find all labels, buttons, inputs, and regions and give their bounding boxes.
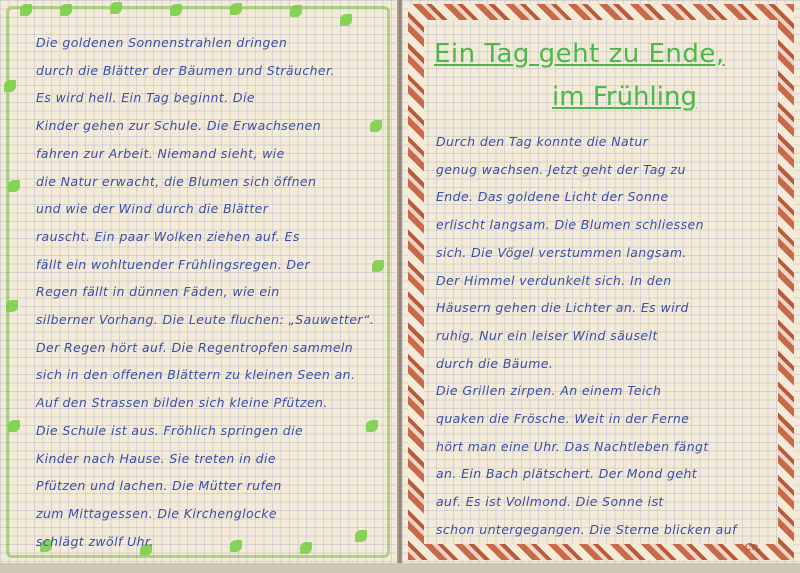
text-line: ruhig. Nur ein leiser Wind säuselt: [436, 322, 737, 350]
text-line: fällt ein wohltuender Frühlingsregen. De…: [36, 251, 374, 279]
leaf-icon: [230, 3, 242, 15]
text-line: Häusern gehen die Lichter an. Es wird: [436, 294, 737, 322]
right-page-text: Durch den Tag konnte die Natur genug wac…: [436, 128, 737, 544]
leaf-icon: [290, 5, 302, 17]
text-line: sich. Die Vögel verstummen langsam.: [436, 239, 737, 267]
left-page: Die goldenen Sonnenstrahlen dringen durc…: [0, 0, 398, 573]
text-line: Die goldenen Sonnenstrahlen dringen: [36, 29, 374, 57]
text-line: sich in den offenen Blättern zu kleinen …: [36, 361, 374, 389]
text-line: Regen fällt in dünnen Fäden, wie ein: [36, 278, 374, 306]
text-line: und wie der Wind durch die Blätter: [36, 195, 374, 223]
page-title: Ein Tag geht zu Ende,: [434, 39, 725, 69]
text-line: Die Grillen zirpen. An einem Teich: [436, 377, 737, 405]
signature: Cn.: [745, 542, 762, 553]
notebook-spread: Die goldenen Sonnenstrahlen dringen durc…: [0, 0, 800, 573]
text-line: Kinder nach Hause. Sie treten in die: [36, 445, 374, 473]
leaf-icon: [4, 80, 16, 92]
text-line: Auf den Strassen bilden sich kleine Pfüt…: [36, 389, 374, 417]
text-line: silberner Vorhang. Die Leute fluchen: „S…: [36, 306, 374, 334]
text-line: rauscht. Ein paar Wolken ziehen auf. Es: [36, 223, 374, 251]
leaf-icon: [8, 180, 20, 192]
leaf-icon: [60, 4, 72, 16]
text-line: Die Schule ist aus. Fröhlich springen di…: [36, 417, 374, 445]
text-line: durch die Blätter der Bäumen und Sträuch…: [36, 57, 374, 85]
leaf-icon: [110, 2, 122, 14]
text-line: durch die Bäume.: [436, 350, 737, 378]
text-line: Ende. Das goldene Licht der Sonne: [436, 183, 737, 211]
leaf-icon: [340, 14, 352, 26]
text-line: Der Regen hört auf. Die Regentropfen sam…: [36, 334, 374, 362]
text-line: Der Himmel verdunkelt sich. In den: [436, 267, 737, 295]
text-line: an. Ein Bach plätschert. Der Mond geht: [436, 460, 737, 488]
text-line: zum Mittagessen. Die Kirchenglocke: [36, 500, 374, 528]
text-line: quaken die Frösche. Weit in der Ferne: [436, 405, 737, 433]
page-bottom-edge: [0, 563, 800, 573]
page-subtitle: im Frühling: [552, 82, 697, 112]
text-line: fahren zur Arbeit. Niemand sieht, wie: [36, 140, 374, 168]
text-line: auf. Es ist Vollmond. Die Sonne ist: [436, 488, 737, 516]
text-line: schlägt zwölf Uhr.: [36, 528, 374, 556]
text-line: hört man eine Uhr. Das Nachtleben fängt: [436, 433, 737, 461]
left-page-text: Die goldenen Sonnenstrahlen dringen durc…: [36, 29, 374, 555]
text-line: die Natur erwacht, die Blumen sich öffne…: [36, 168, 374, 196]
leaf-icon: [20, 4, 32, 16]
leaf-icon: [8, 420, 20, 432]
text-line: schon untergegangen. Die Sterne blicken …: [436, 516, 737, 544]
text-line: Durch den Tag konnte die Natur: [436, 128, 737, 156]
text-line: Kinder gehen zur Schule. Die Erwachsenen: [36, 112, 374, 140]
text-line: Es wird hell. Ein Tag beginnt. Die: [36, 84, 374, 112]
text-line: erlischt langsam. Die Blumen schliessen: [436, 211, 737, 239]
text-line: Pfützen und lachen. Die Mütter rufen: [36, 472, 374, 500]
text-line: genug wachsen. Jetzt geht der Tag zu: [436, 156, 737, 184]
leaf-icon: [6, 300, 18, 312]
leaf-icon: [170, 4, 182, 16]
